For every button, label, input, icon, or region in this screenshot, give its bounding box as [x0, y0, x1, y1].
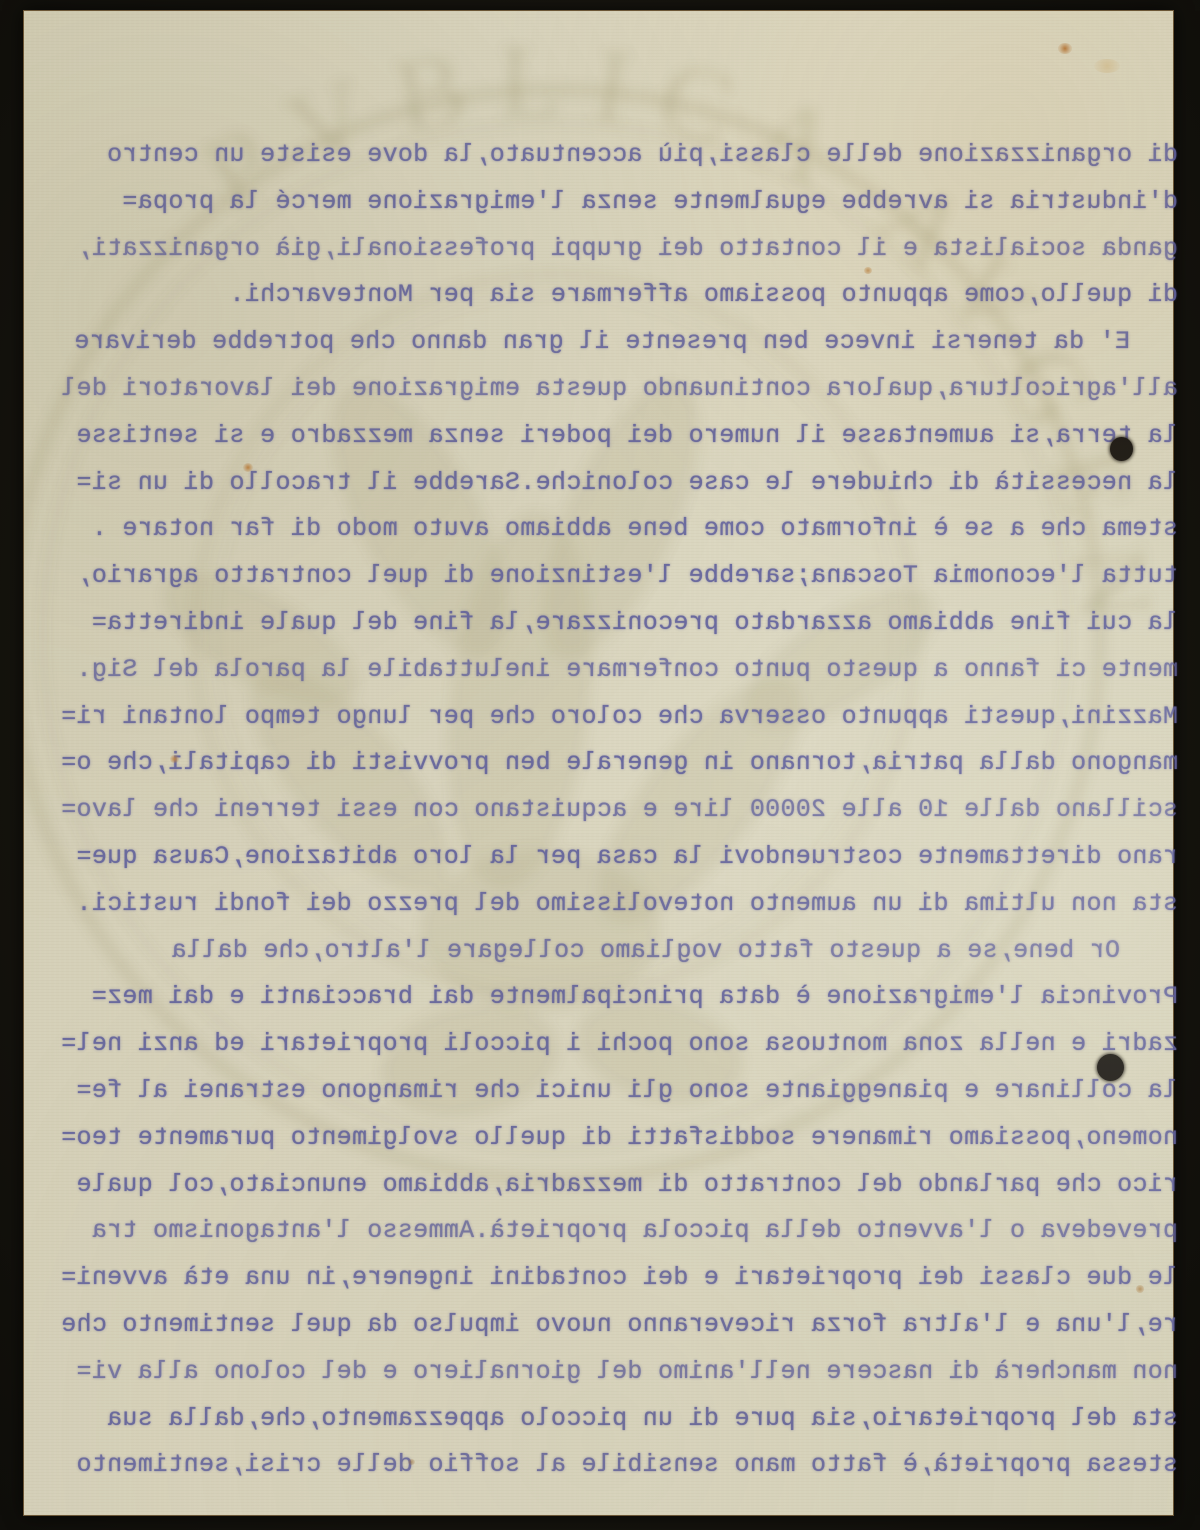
stain-spot	[243, 463, 253, 472]
typed-line: nomeno,possiamo rimanere soddisfatti di …	[74, 1115, 1178, 1162]
typed-line: sta del proprietario,sia pure di un picc…	[74, 1396, 1178, 1443]
stain-spot	[864, 267, 872, 274]
typed-line: stessa proprietà,è fatto mano sensibile …	[74, 1442, 1178, 1489]
typed-line: Or bene,se a questo fatto vogliamo colle…	[74, 928, 1178, 975]
typed-line: Mazzini,questi appunto osserva che color…	[74, 694, 1178, 741]
typed-line: la terra,si aumentasse il numero dei pod…	[74, 413, 1178, 460]
typed-line: all'agricoltura,qualora continuando ques…	[74, 366, 1178, 413]
typed-line: la cui fine abbiamo azzardato preconizza…	[74, 600, 1178, 647]
typed-line: E' da tenersi invece ben presente il gra…	[74, 319, 1178, 366]
typed-line: stema che a se è informato come bene abb…	[74, 506, 1178, 553]
scanned-page: PVBLICA AVGEN di organizzazione delle cl…	[0, 0, 1200, 1530]
stain-spot	[170, 755, 179, 763]
paper-sheet: PVBLICA AVGEN di organizzazione delle cl…	[24, 11, 1173, 1515]
typed-line: ganda socialista e il contatto dei grupp…	[74, 226, 1178, 273]
stain-spot	[1136, 1285, 1144, 1293]
typed-line: di quello,come appunto possiamo affermar…	[74, 272, 1178, 319]
typed-line: le due classi dei proprietari e dei cont…	[74, 1255, 1178, 1302]
typed-line: rano direttamente costruendovi la casa p…	[74, 834, 1178, 881]
stain-spot	[408, 1459, 415, 1465]
typed-line: non mancherà di nascere nell'animo del g…	[74, 1349, 1178, 1396]
typed-line: la collinare e pianeggiante sono gli uni…	[74, 1068, 1178, 1115]
punch-hole-top	[1110, 437, 1133, 461]
stain-spot	[1094, 59, 1120, 73]
punch-hole-bottom	[1097, 1054, 1124, 1081]
typed-line: mente ci fanno a questo punto confermare…	[74, 647, 1178, 694]
typed-line: re,l'una e l'altra forza riceveranno nuo…	[74, 1302, 1178, 1349]
typed-line: rico che parlando del contratto di mezza…	[74, 1162, 1178, 1209]
typed-line: d'industria si avrebbe egualmente senza …	[74, 179, 1178, 226]
typed-line: scillano dalle 10 alle 20000 lire e acqu…	[74, 787, 1178, 834]
typed-line: zadri e nella zona montuosa sono pochi i…	[74, 1021, 1178, 1068]
typed-line: sta non ultima di un aumento notevolissi…	[74, 881, 1178, 928]
typed-line: mangono dalla patria,tornano in generale…	[74, 740, 1178, 787]
typed-line: prevedeva o l'avvento della piccola prop…	[74, 1208, 1178, 1255]
typed-line: Provincia l'emigrazione è data principal…	[74, 974, 1178, 1021]
typed-text-block: di organizzazione delle classi,più accen…	[74, 132, 1178, 1489]
typed-line: di organizzazione delle classi,più accen…	[74, 132, 1178, 179]
stain-spot	[1058, 43, 1072, 54]
typed-line: la necessità di chiudere le case colonic…	[74, 460, 1178, 507]
typed-line: tutta l'economia Toscana;sarebbe l'estin…	[74, 553, 1178, 600]
